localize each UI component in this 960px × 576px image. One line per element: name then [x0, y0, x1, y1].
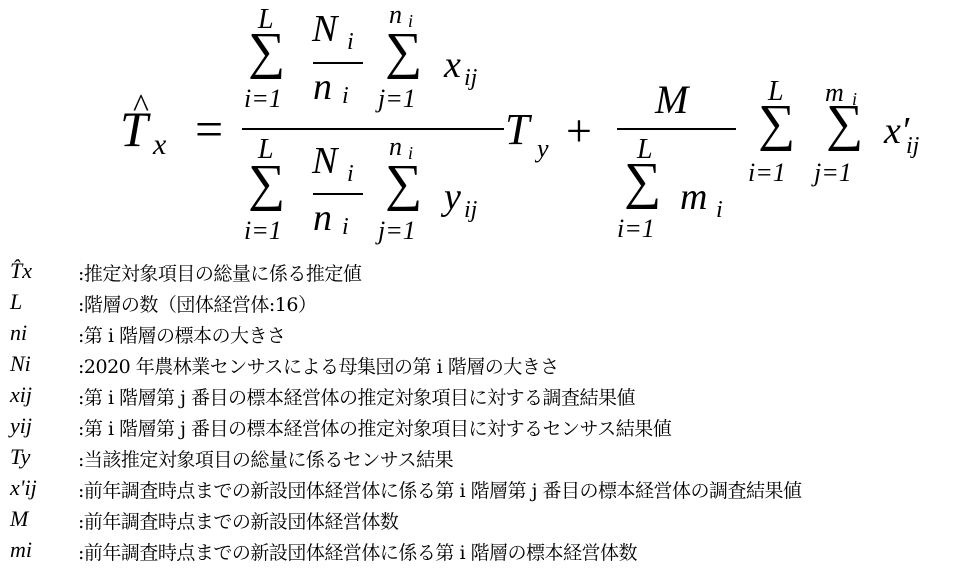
inner-sum-lower: j=1 — [814, 160, 852, 186]
num-N-sub: i — [347, 30, 354, 54]
num-inner-fraction-bar — [313, 62, 363, 64]
definition-text: :当該推定対象項目の総量に係るセンサス結果 — [78, 445, 453, 472]
den-y-sub: ij — [464, 198, 477, 222]
definition-symbol: T̂x — [10, 258, 32, 284]
definition-symbol: Ty — [10, 444, 30, 470]
den-sum1-sigma: ∑ — [248, 158, 285, 210]
definition-symbol: mi — [10, 537, 32, 563]
definition-text: :前年調査時点までの新設団体経営体に係る第 i 階層の標本経営体数 — [78, 538, 637, 565]
equals-sign: = — [195, 104, 223, 154]
plus-sign: + — [566, 108, 592, 154]
estimation-formula: T ^ x = L ∑ i=1 N i n i n i ∑ j=1 x ij L… — [0, 0, 960, 250]
Ty-sub: y — [537, 136, 549, 162]
num-N: N — [312, 10, 337, 48]
definition-symbol: x'ij — [10, 475, 37, 501]
definition-text: :階層の数（団体経営体:16） — [78, 290, 316, 317]
den-sum1-lower: i=1 — [244, 218, 282, 244]
definition-symbol: Ni — [10, 351, 31, 377]
frac2-sum-sigma: ∑ — [624, 156, 661, 208]
lhs-hat: ^ — [133, 90, 149, 124]
definition-symbol: ni — [10, 320, 27, 346]
den-inner-fraction-bar — [313, 193, 363, 195]
den-y: y — [444, 178, 461, 216]
outer-sum-sigma: ∑ — [758, 98, 795, 150]
den-sum2-lower: j=1 — [378, 218, 416, 244]
outer-sum-lower: i=1 — [748, 160, 786, 186]
xprime-sub: ij — [906, 134, 919, 158]
definition-symbol: xij — [10, 382, 32, 408]
num-x: x — [444, 46, 461, 84]
definition-text: :2020 年農林業センサスによる母集団の第 i 階層の大きさ — [78, 352, 559, 379]
definition-text: :第 i 階層の標本の大きさ — [78, 321, 286, 348]
definition-text: :前年調査時点までの新設団体経営体数 — [78, 507, 398, 534]
Ty: T — [505, 108, 529, 152]
den-N: N — [312, 142, 337, 180]
num-sum2-sigma: ∑ — [385, 26, 422, 78]
lhs-sub: x — [153, 130, 166, 160]
main-fraction-bar — [242, 128, 504, 130]
definition-symbol: M — [10, 506, 28, 532]
frac2-m-sub: i — [716, 198, 723, 222]
den-n-sub: i — [342, 215, 349, 239]
inner-sum-sigma: ∑ — [826, 98, 863, 150]
definition-text: :前年調査時点までの新設団体経営体に係る第 i 階層第 j 番目の標本経営体の調… — [78, 476, 802, 503]
frac2-sum-lower: i=1 — [617, 216, 655, 242]
frac2-M: M — [655, 80, 688, 120]
den-sum2-sigma: ∑ — [385, 158, 422, 210]
definition-text: :推定対象項目の総量に係る推定値 — [78, 259, 361, 286]
num-n-sub: i — [342, 84, 349, 108]
num-sum1-lower: i=1 — [244, 86, 282, 112]
num-n: n — [313, 68, 332, 106]
definition-symbol: L — [10, 289, 22, 315]
definition-symbol: yij — [10, 413, 32, 439]
den-n: n — [313, 199, 332, 237]
second-fraction-bar — [617, 128, 736, 130]
frac2-m: m — [680, 178, 707, 216]
num-sum1-sigma: ∑ — [248, 26, 285, 78]
den-N-sub: i — [347, 162, 354, 186]
num-x-sub: ij — [464, 66, 477, 90]
num-sum2-lower: j=1 — [378, 86, 416, 112]
definition-text: :第 i 階層第 j 番目の標本経営体の推定対象項目に対する調査結果値 — [78, 383, 635, 410]
definition-text: :第 i 階層第 j 番目の標本経営体の推定対象項目に対するセンサス結果値 — [78, 414, 671, 441]
